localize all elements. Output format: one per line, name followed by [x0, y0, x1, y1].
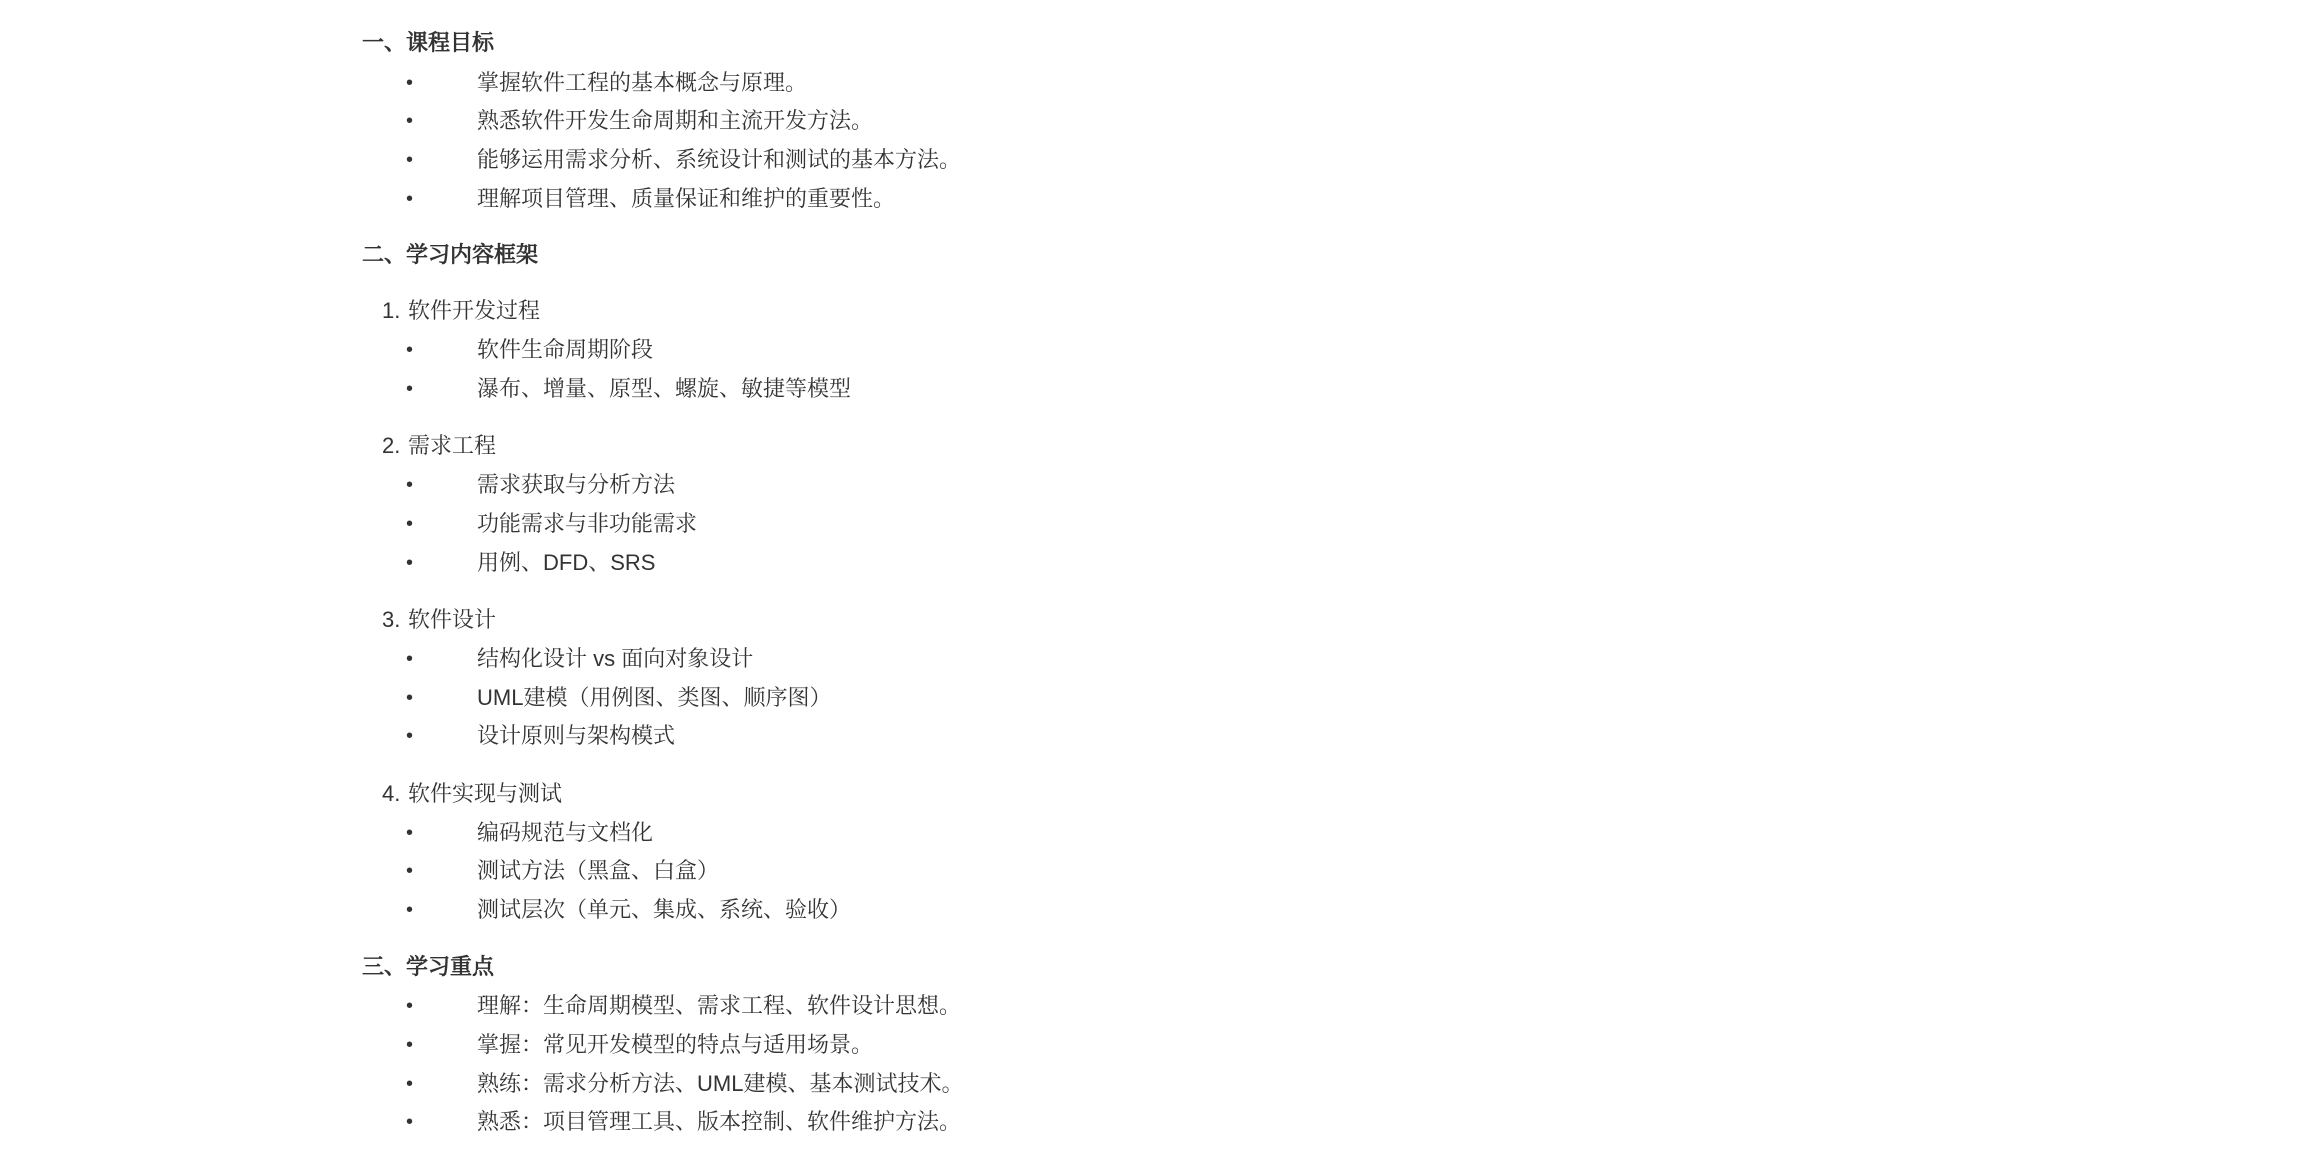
- bullet-text: 测试层次（单元、集成、系统、验收）: [477, 897, 851, 922]
- bullet-text: 理解项目管理、质量保证和维护的重要性。: [477, 186, 895, 211]
- bullet-icon: •: [406, 852, 413, 891]
- bullet-icon: •: [406, 141, 413, 180]
- bullet-icon: •: [406, 505, 413, 544]
- item-number: 4.: [382, 775, 400, 814]
- bullet-item: •瀑布、增量、原型、螺旋、敏捷等模型: [362, 370, 1612, 409]
- bullet-item: •测试层次（单元、集成、系统、验收）: [362, 891, 1612, 930]
- item-title: 软件开发过程: [408, 298, 540, 323]
- bullet-item: •用例、DFD、SRS: [362, 544, 1612, 583]
- item-number: 3.: [382, 601, 400, 640]
- bullet-item: •掌握：常见开发模型的特点与适用场景。: [362, 1026, 1612, 1065]
- numbered-item-title-line: 3.软件设计: [362, 601, 1612, 640]
- focus-bullet-list: •理解：生命周期模型、需求工程、软件设计思想。 •掌握：常见开发模型的特点与适用…: [362, 987, 1612, 1142]
- sub-bullet-list: •结构化设计 vs 面向对象设计 •UML建模（用例图、类图、顺序图） •设计原…: [362, 640, 1612, 756]
- numbered-item: 1.软件开发过程 •软件生命周期阶段 •瀑布、增量、原型、螺旋、敏捷等模型: [362, 292, 1612, 408]
- bullet-item: •能够运用需求分析、系统设计和测试的基本方法。: [362, 141, 1612, 180]
- bullet-text: 熟练：需求分析方法、UML建模、基本测试技术。: [477, 1071, 963, 1096]
- bullet-icon: •: [406, 64, 413, 103]
- bullet-text: 测试方法（黑盒、白盒）: [477, 858, 719, 883]
- sub-bullet-list: •软件生命周期阶段 •瀑布、增量、原型、螺旋、敏捷等模型: [362, 331, 1612, 408]
- bullet-icon: •: [406, 640, 413, 679]
- sub-bullet-list: •需求获取与分析方法 •功能需求与非功能需求 •用例、DFD、SRS: [362, 466, 1612, 582]
- bullet-text: 能够运用需求分析、系统设计和测试的基本方法。: [477, 147, 961, 172]
- bullet-item: •编码规范与文档化: [362, 814, 1612, 853]
- numbered-item-title-line: 4.软件实现与测试: [362, 775, 1612, 814]
- bullet-text: 用例、DFD、SRS: [477, 550, 655, 575]
- bullet-text: 设计原则与架构模式: [477, 723, 675, 748]
- bullet-text: 功能需求与非功能需求: [477, 511, 697, 536]
- numbered-item: 2.需求工程 •需求获取与分析方法 •功能需求与非功能需求 •用例、DFD、SR…: [362, 427, 1612, 582]
- bullet-icon: •: [406, 370, 413, 409]
- bullet-icon: •: [406, 679, 413, 718]
- bullet-item: •结构化设计 vs 面向对象设计: [362, 640, 1612, 679]
- framework-numbered-list: 1.软件开发过程 •软件生命周期阶段 •瀑布、增量、原型、螺旋、敏捷等模型 2.…: [362, 292, 1612, 930]
- bullet-text: 熟悉软件开发生命周期和主流开发方法。: [477, 108, 873, 133]
- bullet-icon: •: [406, 891, 413, 930]
- numbered-item-title-line: 1.软件开发过程: [362, 292, 1612, 331]
- bullet-item: •设计原则与架构模式: [362, 717, 1612, 756]
- bullet-item: •理解项目管理、质量保证和维护的重要性。: [362, 180, 1612, 219]
- bullet-item: •熟悉：项目管理工具、版本控制、软件维护方法。: [362, 1103, 1612, 1142]
- bullet-icon: •: [406, 102, 413, 141]
- bullet-item: •熟练：需求分析方法、UML建模、基本测试技术。: [362, 1065, 1612, 1104]
- item-title: 软件设计: [408, 607, 496, 632]
- bullet-text: 理解：生命周期模型、需求工程、软件设计思想。: [477, 993, 961, 1018]
- bullet-icon: •: [406, 814, 413, 853]
- bullet-text: 掌握软件工程的基本概念与原理。: [477, 70, 807, 95]
- bullet-icon: •: [406, 544, 413, 583]
- bullet-text: 软件生命周期阶段: [477, 337, 653, 362]
- numbered-item-title-line: 2.需求工程: [362, 427, 1612, 466]
- bullet-item: •需求获取与分析方法: [362, 466, 1612, 505]
- document-page: 一、课程目标 •掌握软件工程的基本概念与原理。 •熟悉软件开发生命周期和主流开发…: [0, 0, 2300, 1158]
- course-outline-document: 一、课程目标 •掌握软件工程的基本概念与原理。 •熟悉软件开发生命周期和主流开发…: [362, 29, 1612, 1142]
- bullet-icon: •: [406, 1103, 413, 1142]
- item-number: 2.: [382, 427, 400, 466]
- section-heading-framework: 二、学习内容框架: [362, 241, 1612, 269]
- bullet-icon: •: [406, 466, 413, 505]
- numbered-item: 4.软件实现与测试 •编码规范与文档化 •测试方法（黑盒、白盒） •测试层次（单…: [362, 775, 1612, 930]
- bullet-item: •软件生命周期阶段: [362, 331, 1612, 370]
- bullet-text: 瀑布、增量、原型、螺旋、敏捷等模型: [477, 376, 851, 401]
- bullet-icon: •: [406, 1065, 413, 1104]
- bullet-text: 需求获取与分析方法: [477, 472, 675, 497]
- numbered-item: 3.软件设计 •结构化设计 vs 面向对象设计 •UML建模（用例图、类图、顺序…: [362, 601, 1612, 756]
- bullet-text: 熟悉：项目管理工具、版本控制、软件维护方法。: [477, 1109, 961, 1134]
- bullet-item: •理解：生命周期模型、需求工程、软件设计思想。: [362, 987, 1612, 1026]
- item-number: 1.: [382, 292, 400, 331]
- bullet-item: •功能需求与非功能需求: [362, 505, 1612, 544]
- bullet-icon: •: [406, 331, 413, 370]
- bullet-text: UML建模（用例图、类图、顺序图）: [477, 685, 831, 710]
- bullet-text: 掌握：常见开发模型的特点与适用场景。: [477, 1032, 873, 1057]
- bullet-icon: •: [406, 1026, 413, 1065]
- bullet-icon: •: [406, 987, 413, 1026]
- bullet-icon: •: [406, 717, 413, 756]
- bullet-icon: •: [406, 180, 413, 219]
- item-title: 需求工程: [408, 433, 496, 458]
- goals-bullet-list: •掌握软件工程的基本概念与原理。 •熟悉软件开发生命周期和主流开发方法。 •能够…: [362, 64, 1612, 219]
- bullet-text: 结构化设计 vs 面向对象设计: [477, 646, 753, 671]
- item-title: 软件实现与测试: [408, 781, 562, 806]
- bullet-text: 编码规范与文档化: [477, 820, 653, 845]
- bullet-item: •测试方法（黑盒、白盒）: [362, 852, 1612, 891]
- section-heading-focus: 三、学习重点: [362, 953, 1612, 981]
- sub-bullet-list: •编码规范与文档化 •测试方法（黑盒、白盒） •测试层次（单元、集成、系统、验收…: [362, 814, 1612, 930]
- bullet-item: •UML建模（用例图、类图、顺序图）: [362, 679, 1612, 718]
- section-heading-goals: 一、课程目标: [362, 29, 1612, 57]
- bullet-item: •掌握软件工程的基本概念与原理。: [362, 64, 1612, 103]
- bullet-item: •熟悉软件开发生命周期和主流开发方法。: [362, 102, 1612, 141]
